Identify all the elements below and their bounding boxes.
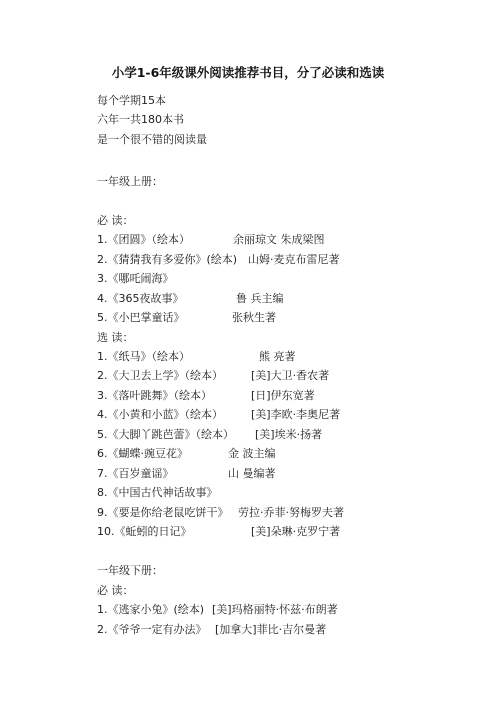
book-item: 4.《小黄和小蓝》（绘本） [美]李欧·李奥尼著 xyxy=(97,408,223,422)
document-page: 小学1-6年级课外阅读推荐书目，分了必读和选读 每个学期15本 六年一共180本… xyxy=(0,0,496,702)
book-author: 熊 亮著 xyxy=(259,350,296,364)
book-title: 10.《蚯蚓的日记》 xyxy=(97,525,192,538)
document-title: 小学1-6年级课外阅读推荐书目，分了必读和选读 xyxy=(0,63,496,81)
book-item: 1.《逃家小兔》(绘本) [美]玛格丽特·怀兹·布朗著 xyxy=(97,603,204,617)
book-author: 鲁 兵主编 xyxy=(236,292,284,306)
book-author: [美]李欧·李奥尼著 xyxy=(251,408,340,422)
book-item: 6.《蝴蝶·豌豆花》 金 波主编 xyxy=(97,447,188,461)
book-item: 4.《365夜故事》 鲁 兵主编 xyxy=(97,292,184,306)
book-item: 3.《落叶跳舞》（绘本） [日]伊东宽著 xyxy=(97,389,212,403)
book-author: 金 波主编 xyxy=(228,447,276,461)
section-heading: 一年级下册： xyxy=(97,564,163,578)
section-heading: 一年级上册： xyxy=(97,175,163,189)
book-item: 10.《蚯蚓的日记》 [美]朵琳·克罗宁著 xyxy=(97,525,192,539)
book-title: 2.《猜猜我有多爱你》(绘本) xyxy=(97,253,237,266)
book-title: 6.《蝴蝶·豌豆花》 xyxy=(97,447,188,460)
book-title: 1.《纸马》（绘本） xyxy=(97,350,190,363)
book-item: 1.《团圆》（绘本） 余丽琼文 朱成梁图 xyxy=(97,233,190,247)
book-item: 8.《中国古代神话故事》 xyxy=(97,486,218,500)
book-title: 3.《落叶跳舞》（绘本） xyxy=(97,389,212,402)
book-item: 5.《大脚丫跳芭蕾》（绘本） [美]埃米·扬著 xyxy=(97,428,234,442)
book-title: 4.《小黄和小蓝》（绘本） xyxy=(97,408,223,421)
book-title: 1.《团圆》（绘本） xyxy=(97,233,190,246)
book-author: [加拿大]菲比·吉尔曼著 xyxy=(215,623,326,637)
book-item: 7.《百岁童谣》 山 曼编著 xyxy=(97,467,174,481)
book-item: 3.《哪吒闹海》 xyxy=(97,272,174,286)
book-author: 山 曼编著 xyxy=(228,467,276,481)
book-author: 山姆·麦克布雷尼著 xyxy=(248,253,340,267)
book-title: 3.《哪吒闹海》 xyxy=(97,272,174,285)
book-item: 1.《纸马》（绘本） 熊 亮著 xyxy=(97,350,190,364)
book-item: 9.《要是你给老鼠吃饼干》 劳拉·乔菲·努梅罗夫著 xyxy=(97,506,229,520)
book-author: [美]玛格丽特·怀兹·布朗著 xyxy=(212,603,338,617)
book-author: [日]伊东宽著 xyxy=(251,389,315,403)
book-item: 2.《猜猜我有多爱你》(绘本) 山姆·麦克布雷尼著 xyxy=(97,253,237,267)
intro-line: 六年一共180本书 xyxy=(97,113,184,127)
required-label: 必 读： xyxy=(97,214,134,228)
book-title: 2.《大卫去上学》（绘本） xyxy=(97,369,223,382)
book-item: 2.《爷爷一定有办法》 [加拿大]菲比·吉尔曼著 xyxy=(97,623,207,637)
optional-label: 选 读： xyxy=(97,331,134,345)
intro-line: 是一个很不错的阅读量 xyxy=(97,133,207,147)
book-title: 4.《365夜故事》 xyxy=(97,292,184,305)
book-title: 5.《小巴掌童话》 xyxy=(97,311,185,324)
book-author: [美]大卫·香农著 xyxy=(251,369,329,383)
book-item: 2.《大卫去上学》（绘本） [美]大卫·香农著 xyxy=(97,369,223,383)
book-author: 张秋生著 xyxy=(232,311,276,325)
book-title: 2.《爷爷一定有办法》 xyxy=(97,623,207,636)
book-title: 8.《中国古代神话故事》 xyxy=(97,486,218,499)
intro-line: 每个学期15本 xyxy=(97,94,166,108)
book-title: 9.《要是你给老鼠吃饼干》 xyxy=(97,506,229,519)
book-author: [美]朵琳·克罗宁著 xyxy=(251,525,340,539)
book-title: 1.《逃家小兔》(绘本) xyxy=(97,603,204,616)
book-item: 5.《小巴掌童话》 张秋生著 xyxy=(97,311,185,325)
book-author: 劳拉·乔菲·努梅罗夫著 xyxy=(238,506,344,520)
book-title: 5.《大脚丫跳芭蕾》（绘本） xyxy=(97,428,234,441)
book-author: [美]埃米·扬著 xyxy=(255,428,322,442)
book-author: 余丽琼文 朱成梁图 xyxy=(233,233,325,247)
required-label: 必 读： xyxy=(97,584,134,598)
book-title: 7.《百岁童谣》 xyxy=(97,467,174,480)
